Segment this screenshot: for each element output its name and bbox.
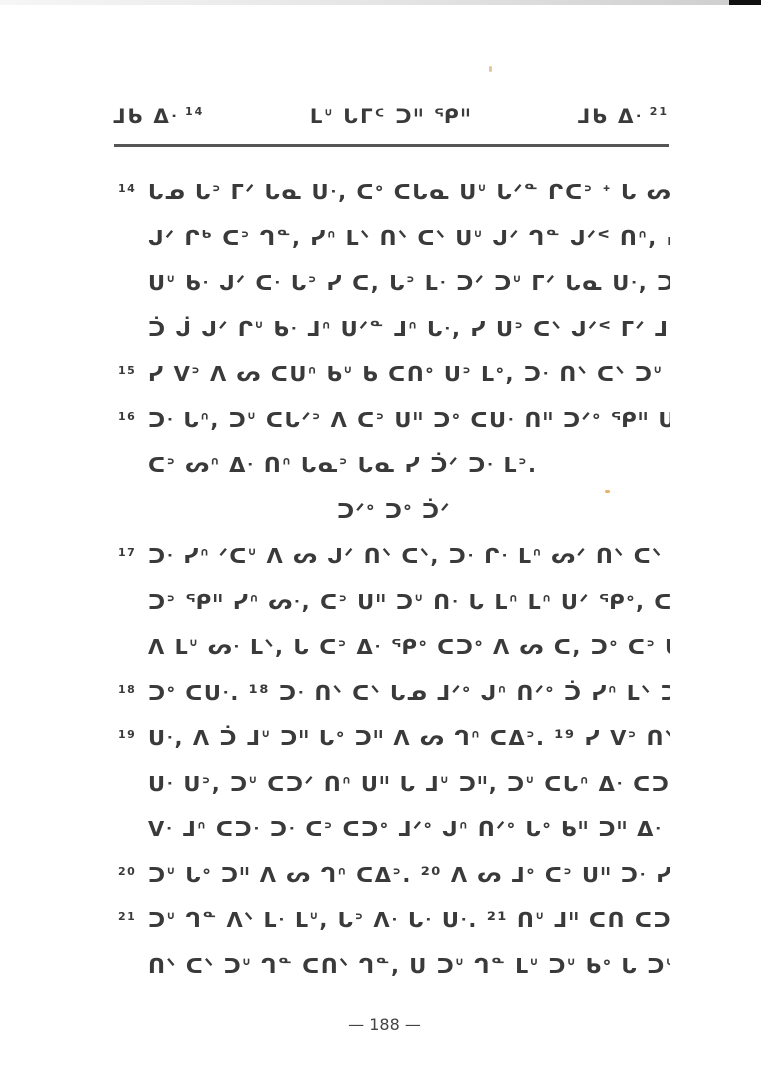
- line-text: ᑐᐧ ᒐᐢ, ᑐᐡ ᑕᒐᐟᐣ ᐱ ᑕᐣ ᑌᐦ ᑐᐤ ᑕᑌᐧ ᑎᐦ ᑐᐟᐤ ᕿᐦ …: [148, 408, 670, 432]
- line-text: ᒍᐟ ᒋᒃ ᑕᐣ ᒉᓐ, ᓯᐢ ᒪᐠ ᑎᐠ ᑕᐠ ᑌᐡ ᒍᐟ ᒉᓐ ᒍᐟᑉ ᑎᐢ…: [148, 226, 670, 250]
- line-text: ᑐᐡ ᒐᐤ ᑐᐦ ᐱ ᔕ ᒉᐢ ᑕᐃᐣ. ²⁰ ᐱ ᔕ ᒧᐤ ᑕᐣ ᑌᐦ ᑐᐧ …: [148, 863, 670, 887]
- text-line: 18ᑐᐤ ᑕᑌᐧ. ¹⁸ ᑐᐧ ᑎᐠ ᑕᐠ ᒐᓄ ᒧᐟᐤ ᒍᐢ ᑎᐟᐤ ᑑ ᓯᐢ…: [118, 671, 670, 717]
- line-text: ᐱ ᒪᐡ ᔕᐧ ᒪᐠ, ᒐ ᑕᐣ ᐃᐧ ᕿᐤ ᑕᑐᐤ ᐱ ᔕ ᑕ, ᑐᐤ ᑕᐣ …: [148, 635, 670, 659]
- header-rule: [114, 144, 669, 147]
- text-line: 20ᑐᐡ ᒐᐤ ᑐᐦ ᐱ ᔕ ᒉᐢ ᑕᐃᐣ. ²⁰ ᐱ ᔕ ᒧᐤ ᑕᐣ ᑌᐦ ᑐ…: [118, 853, 670, 899]
- chapter-ref-right: 21: [650, 105, 669, 118]
- line-text: ᑐᐡ ᒉᓐ ᐱᐠ ᒪᐧ ᒪᐡ, ᒐᐣ ᐱᐧ ᒐᐧ ᑌᐧ. ²¹ ᑎᐡ ᒧᐦ ᑕᑎ…: [148, 908, 670, 932]
- text-line: 21ᑐᐡ ᒉᓐ ᐱᐠ ᒪᐧ ᒪᐡ, ᒐᐣ ᐱᐧ ᒐᐧ ᑌᐧ. ²¹ ᑎᐡ ᒧᐦ …: [118, 898, 670, 944]
- text-line: ᑌᐡ ᑲᐧ ᒍᐟ ᑕᐧ ᒐᐣ ᓯ ᑕ, ᒐᐣ ᒪᐧ ᑐᐟ ᑐᐡ ᒥᐟ ᒐᓇ ᑌᐧ…: [118, 261, 670, 307]
- verse-number: 20: [118, 853, 148, 895]
- text-line: ᑕᐣ ᔕᐢ ᐃᐧ ᑎᐢ ᒐᓇᐣ ᒐᓇ ᓯ ᑑᐟ ᑐᐧ ᒪᐣ.: [118, 443, 670, 489]
- verse-number: 18: [118, 671, 148, 713]
- text-line: ᑌᐧ ᑌᐣ, ᑐᐡ ᑕᑐᐟ ᑎᐢ ᑌᐦ ᒐ ᒧᐡ ᑐᐦ, ᑐᐡ ᑕᒐᐢ ᐃᐧ ᑕ…: [118, 762, 670, 808]
- text-line: 19ᑌᐧ, ᐱ ᑑ ᒧᐡ ᑐᐦ ᒐᐤ ᑐᐦ ᐱ ᔕ ᒉᐢ ᑕᐃᐣ. ¹⁹ ᓯ ᐯ…: [118, 716, 670, 762]
- text-line: ᑐᐣ ᕿᐦ ᓯᐢ ᔕᐧ, ᑕᐣ ᑌᐦ ᑐᐡ ᑎᐧ ᒐ ᒪᐢ ᒪᐢ ᑌᐟ ᕿᐤ, …: [118, 580, 670, 626]
- text-line: ᑐᐟᐤ ᑐᐤ ᑑᐟ: [118, 489, 670, 535]
- verse-number: 15: [118, 352, 148, 394]
- text-line: 16ᑐᐧ ᒐᐢ, ᑐᐡ ᑕᒐᐟᐣ ᐱ ᑕᐣ ᑌᐦ ᑐᐤ ᑕᑌᐧ ᑎᐦ ᑐᐟᐤ ᕿ…: [118, 398, 670, 444]
- page-body: 14ᒐᓄ ᒐᐣ ᒥᐟ ᒐᓇ ᑌᐧ, ᑕᐤ ᑕᒐᓇ ᑌᐡ ᒐᐟᓐ ᒋᑕᐣ ᐩ ᒐ …: [118, 170, 670, 989]
- line-text: ᑌᐡ ᑲᐧ ᒍᐟ ᑕᐧ ᒐᐣ ᓯ ᑕ, ᒐᐣ ᒪᐧ ᑐᐟ ᑐᐡ ᒥᐟ ᒐᓇ ᑌᐧ…: [148, 271, 670, 295]
- running-head-right: ᒧᑲ ᐃᐧ21: [578, 104, 669, 128]
- verse-number: 17: [118, 534, 148, 576]
- text-line: ᑎᐠ ᑕᐠ ᑐᐡ ᒉᓐ ᑕᑎᐠ ᒉᓐ, ᑌ ᑐᐡ ᒉᓐ ᒪᐡ ᑐᐡ ᑲᐤ ᒐ ᑐ…: [118, 944, 670, 990]
- line-text: ᑐᐟᐤ ᑐᐤ ᑑᐟ: [337, 499, 451, 523]
- line-text: ᑐᐤ ᑕᑌᐧ. ¹⁸ ᑐᐧ ᑎᐠ ᑕᐠ ᒐᓄ ᒧᐟᐤ ᒍᐢ ᑎᐟᐤ ᑑ ᓯᐢ ᒪ…: [148, 681, 670, 705]
- line-text: ᑑ ᒎ ᒍᐟ ᒋᐡ ᑲᐧ ᒧᐢ ᑌᐟᓐ ᒧᐢ ᒐᐧ, ᓯ ᑌᐣ ᑕᐠ ᒍᐟᑉ ᒥ…: [148, 317, 670, 341]
- line-text: ᑐᐣ ᕿᐦ ᓯᐢ ᔕᐧ, ᑕᐣ ᑌᐦ ᑐᐡ ᑎᐧ ᒐ ᒪᐢ ᒪᐢ ᑌᐟ ᕿᐤ, …: [148, 590, 670, 614]
- running-head: ᒧᑲ ᐃᐧ14 ᒪᐡ ᒐᒥᑦ ᑐᐦ ᕿᐦ ᒧᑲ ᐃᐧ21: [113, 104, 669, 134]
- verse-number: 21: [118, 898, 148, 940]
- verse-number: 19: [118, 716, 148, 758]
- line-text: ᐯᐧ ᒧᐢ ᑕᑐᐧ ᑐᐧ ᑕᐣ ᑕᑐᐤ ᒧᐟᐤ ᒍᐢ ᑎᐟᐤ ᒐᐤ ᑲᐦ ᑐᐦ …: [148, 817, 670, 841]
- line-text: ᑌᐧ ᑌᐣ, ᑐᐡ ᑕᑐᐟ ᑎᐢ ᑌᐦ ᒐ ᒧᐡ ᑐᐦ, ᑐᐡ ᑕᒐᐢ ᐃᐧ ᑕ…: [148, 772, 670, 796]
- line-text: ᒐᓄ ᒐᐣ ᒥᐟ ᒐᓇ ᑌᐧ, ᑕᐤ ᑕᒐᓇ ᑌᐡ ᒐᐟᓐ ᒋᑕᐣ ᐩ ᒐ ᔕᐧ…: [148, 180, 670, 204]
- scanned-page: ᒧᑲ ᐃᐧ14 ᒪᐡ ᒐᒥᑦ ᑐᐦ ᕿᐦ ᒧᑲ ᐃᐧ21 14ᒐᓄ ᒐᐣ ᒥᐟ …: [0, 0, 769, 1065]
- text-line: ᐯᐧ ᒧᐢ ᑕᑐᐧ ᑐᐧ ᑕᐣ ᑕᑐᐤ ᒧᐟᐤ ᒍᐢ ᑎᐟᐤ ᒐᐤ ᑲᐦ ᑐᐦ …: [118, 807, 670, 853]
- line-text: ᑕᐣ ᔕᐢ ᐃᐧ ᑎᐢ ᒐᓇᐣ ᒐᓇ ᓯ ᑑᐟ ᑐᐧ ᒪᐣ.: [148, 453, 537, 477]
- verse-number: 16: [118, 398, 148, 440]
- line-text: ᑐᐧ ᓯᐢ ᐟᑕᐡ ᐱ ᔕ ᒍᐟ ᑎᐠ ᑕᐠ, ᑐᐧ ᒋᐧ ᒪᐢ ᔕᐟ ᑎᐠ ᑕ…: [148, 544, 670, 568]
- text-line: ᑑ ᒎ ᒍᐟ ᒋᐡ ᑲᐧ ᒧᐢ ᑌᐟᓐ ᒧᐢ ᒐᐧ, ᓯ ᑌᐣ ᑕᐠ ᒍᐟᑉ ᒥ…: [118, 307, 670, 353]
- line-text: ᑎᐠ ᑕᐠ ᑐᐡ ᒉᓐ ᑕᑎᐠ ᒉᓐ, ᑌ ᑐᐡ ᒉᓐ ᒪᐡ ᑐᐡ ᑲᐤ ᒐ ᑐ…: [148, 954, 670, 978]
- text-line: 17ᑐᐧ ᓯᐢ ᐟᑕᐡ ᐱ ᔕ ᒍᐟ ᑎᐠ ᑕᐠ, ᑐᐧ ᒋᐧ ᒪᐢ ᔕᐟ ᑎᐠ…: [118, 534, 670, 580]
- book-title-right: ᒧᑲ ᐃᐧ: [578, 104, 644, 128]
- verse-number: 14: [118, 170, 148, 212]
- text-line: 14ᒐᓄ ᒐᐣ ᒥᐟ ᒐᓇ ᑌᐧ, ᑕᐤ ᑕᒐᓇ ᑌᐡ ᒐᐟᓐ ᒋᑕᐣ ᐩ ᒐ …: [118, 170, 670, 216]
- line-text: ᓯ ᐯᐣ ᐱ ᔕ ᑕᑌᐢ ᑲᐡ ᑲ ᑕᑎᐤ ᑌᐣ ᒪᐤ, ᑐᐧ ᑎᐠ ᑕᐠ ᑐᐡ…: [148, 362, 670, 386]
- line-text: ᑌᐧ, ᐱ ᑑ ᒧᐡ ᑐᐦ ᒐᐤ ᑐᐦ ᐱ ᔕ ᒉᐢ ᑕᐃᐣ. ¹⁹ ᓯ ᐯᐣ …: [148, 726, 670, 750]
- page-number: — 188 —: [0, 1015, 769, 1034]
- text-line: ᐱ ᒪᐡ ᔕᐧ ᒪᐠ, ᒐ ᑕᐣ ᐃᐧ ᕿᐤ ᑕᑐᐤ ᐱ ᔕ ᑕ, ᑐᐤ ᑕᐣ …: [118, 625, 670, 671]
- text-line: 15ᓯ ᐯᐣ ᐱ ᔕ ᑕᑌᐢ ᑲᐡ ᑲ ᑕᑎᐤ ᑌᐣ ᒪᐤ, ᑐᐧ ᑎᐠ ᑕᐠ …: [118, 352, 670, 398]
- text-line: ᒍᐟ ᒋᒃ ᑕᐣ ᒉᓐ, ᓯᐢ ᒪᐠ ᑎᐠ ᑕᐠ ᑌᐡ ᒍᐟ ᒉᓐ ᒍᐟᑉ ᑎᐢ…: [118, 216, 670, 262]
